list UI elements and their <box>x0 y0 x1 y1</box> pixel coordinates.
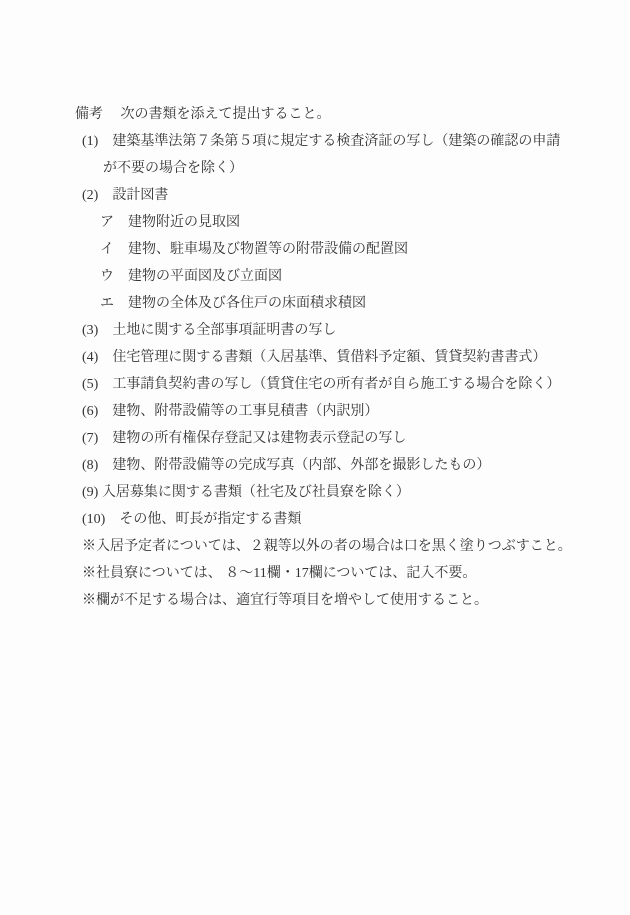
item-9: (9) 入居募集に関する書類（社宅及び社員寮を除く） <box>0 479 630 506</box>
item-2-sub-b: イ 建物、駐車場及び物置等の附帯設備の配置図 <box>0 236 630 263</box>
remarks-section: 備考 次の書類を添えて提出すること。 (1) 建築基準法第７条第５項に規定する検… <box>0 101 630 614</box>
note-dormitory: ※社員寮については、 ８～11欄・17欄については、記入不要。 <box>0 560 630 587</box>
item-8: (8) 建物、附帯設備等の完成写真（内部、外部を撮影したもの） <box>0 452 630 479</box>
item-5: (5) 工事請負契約書の写し（賃貸住宅の所有者が自ら施工する場合を除く） <box>0 371 630 398</box>
item-7: (7) 建物の所有権保存登記又は建物表示登記の写し <box>0 425 630 452</box>
document-page: 備考 次の書類を添えて提出すること。 (1) 建築基準法第７条第５項に規定する検… <box>0 0 630 915</box>
item-2-sub-d: エ 建物の全体及び各住戸の床面積求積図 <box>0 290 630 317</box>
item-2-sub-c: ウ 建物の平面図及び立面図 <box>0 263 630 290</box>
note-residents: ※入居予定者については、２親等以外の者の場合は口を黒く塗りつぶすこと。 <box>0 533 630 560</box>
item-10: (10) その他、町長が指定する書類 <box>0 506 630 533</box>
item-4: (4) 住宅管理に関する書類（入居基準、賃借料予定額、賃貸契約書書式） <box>0 344 630 371</box>
item-6: (6) 建物、附帯設備等の工事見積書（内訳別） <box>0 398 630 425</box>
note-insufficient-rows: ※欄が不足する場合は、適宜行等項目を増やして使用すること。 <box>0 587 630 614</box>
item-1-line-2: が不要の場合を除く） <box>0 155 630 182</box>
item-1-line-1: (1) 建築基準法第７条第５項に規定する検査済証の写し（建築の確認の申請 <box>0 128 630 155</box>
remarks-heading: 備考 次の書類を添えて提出すること。 <box>0 101 630 128</box>
item-2: (2) 設計図書 <box>0 182 630 209</box>
item-3: (3) 土地に関する全部事項証明書の写し <box>0 317 630 344</box>
item-2-sub-a: ア 建物附近の見取図 <box>0 209 630 236</box>
